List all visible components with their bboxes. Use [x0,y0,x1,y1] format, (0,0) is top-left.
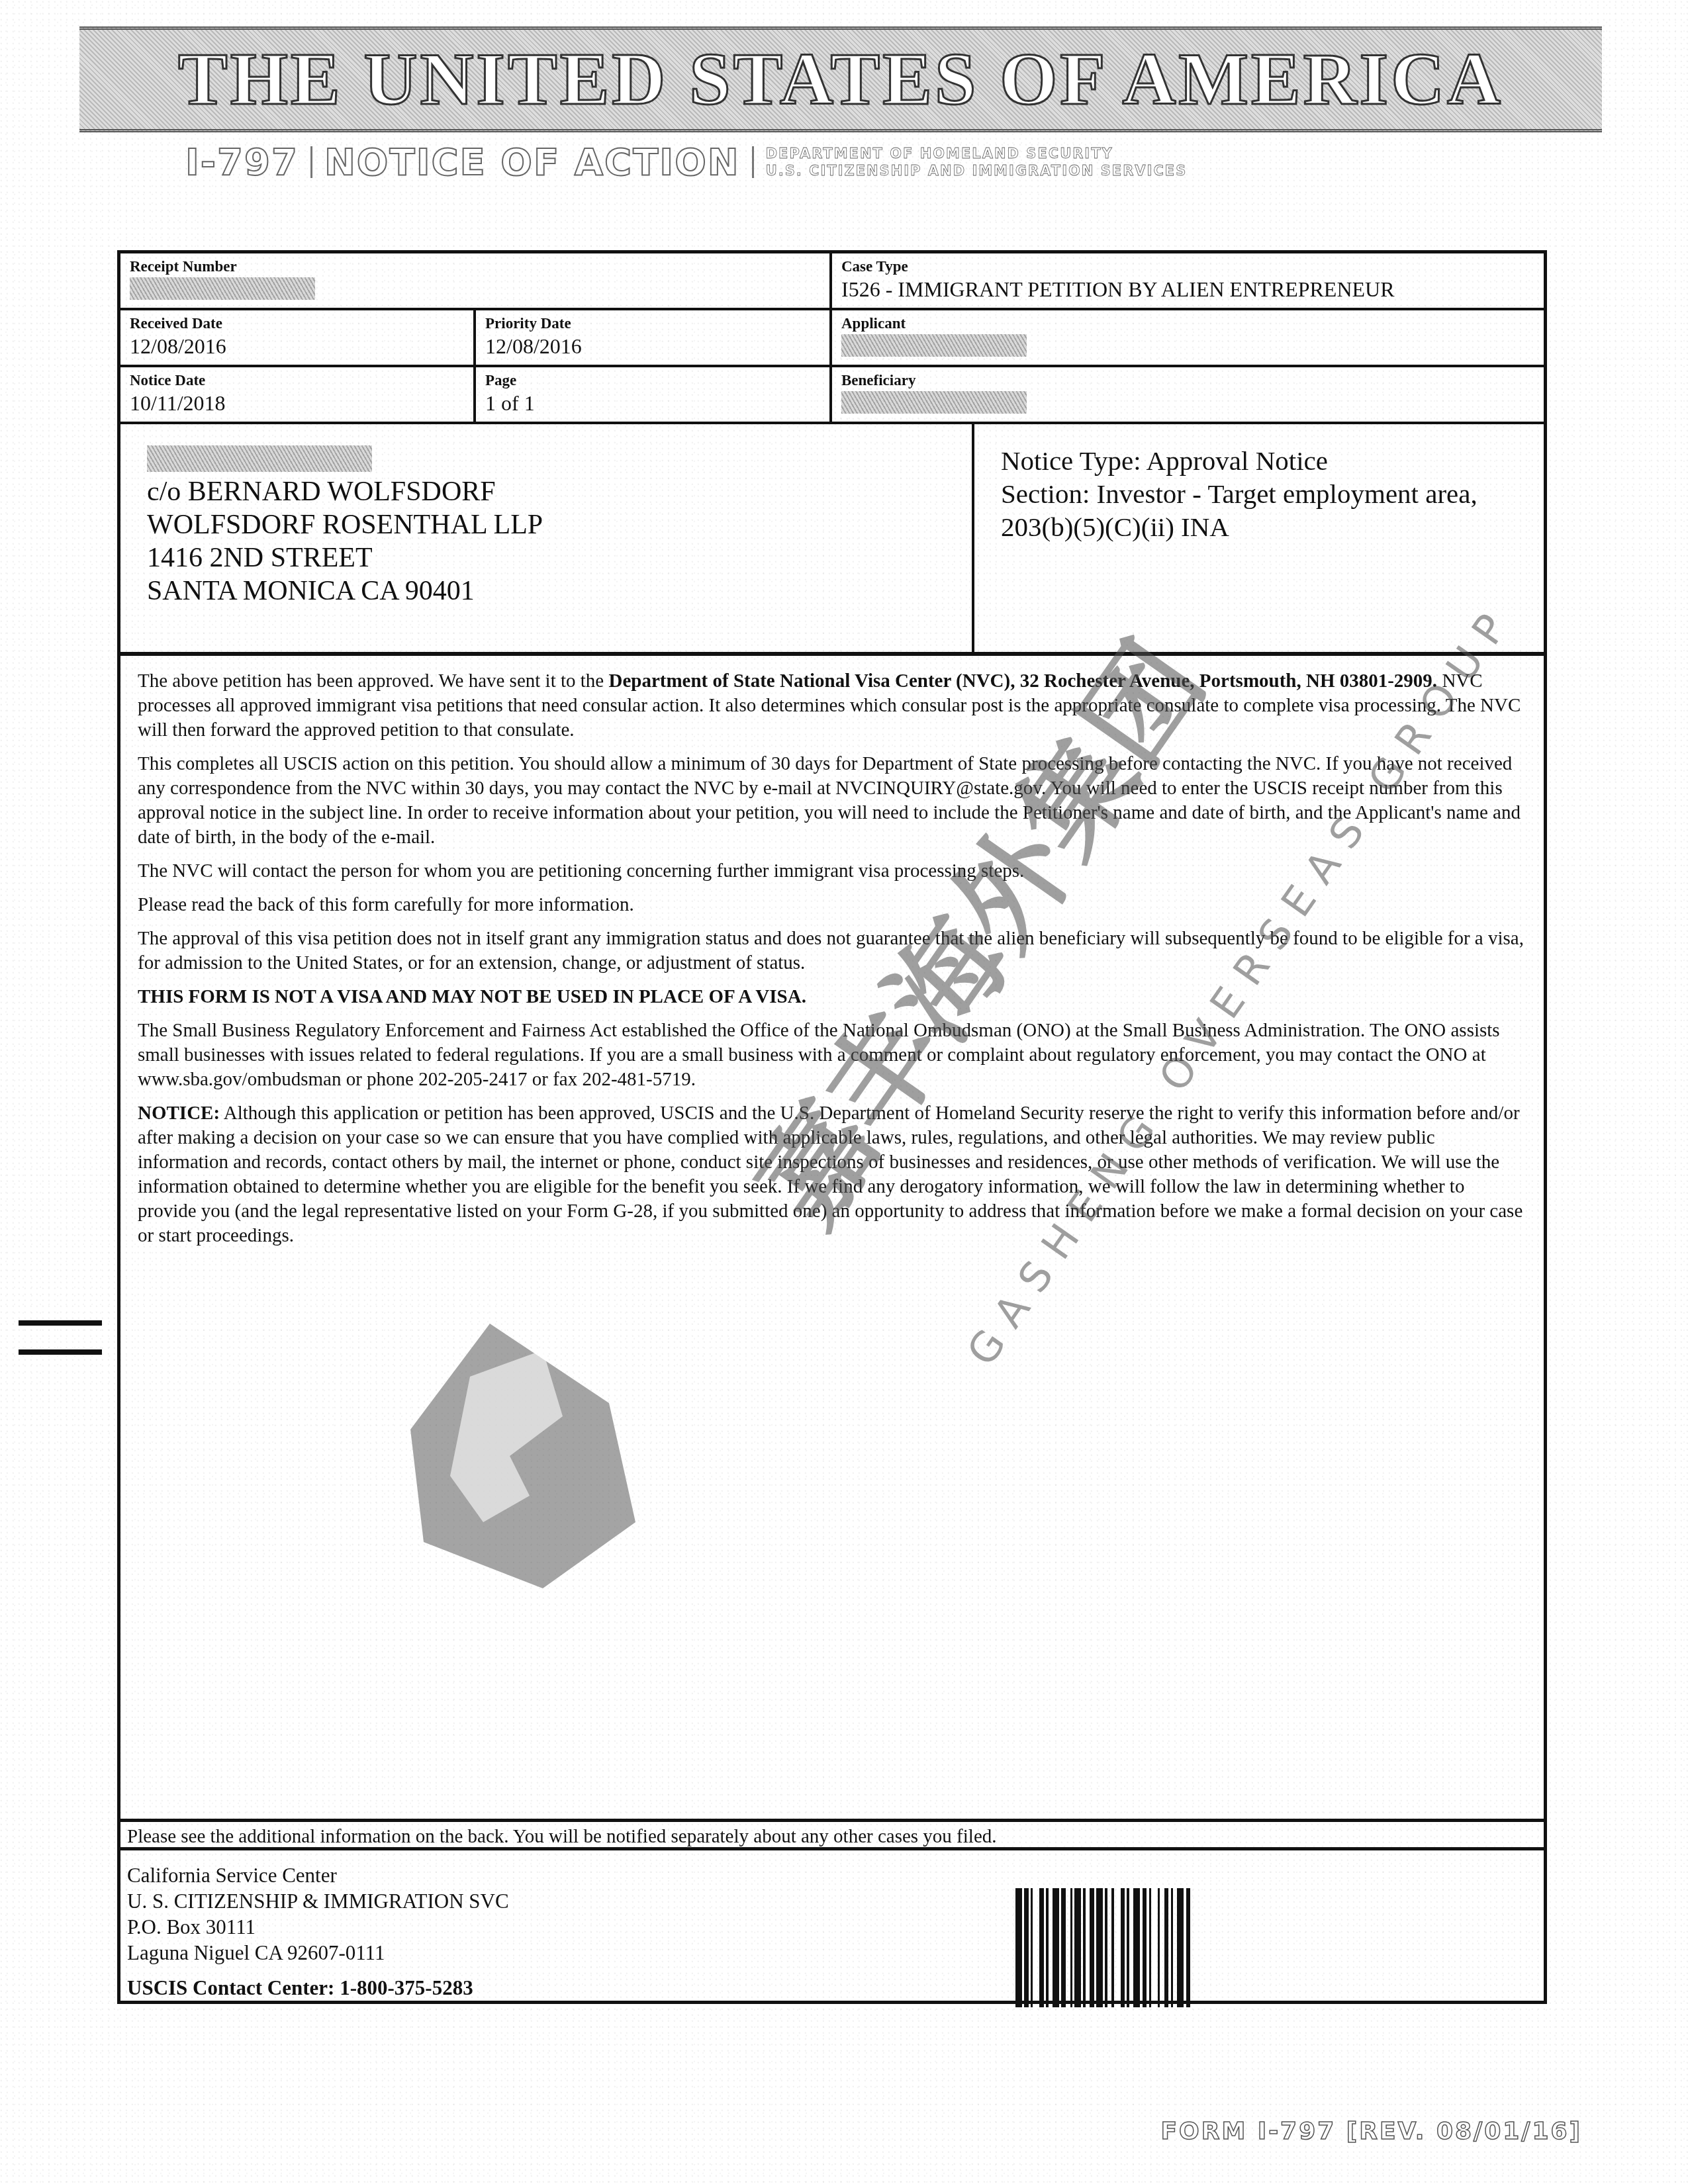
address-line: c/o BERNARD WOLFSDORF [147,475,945,508]
form-header: I-797 NOTICE OF ACTION DEPARTMENT OF HOM… [185,139,1187,185]
address-line: SANTA MONICA CA 90401 [147,574,945,608]
paragraph-ombudsman: The Small Business Regulatory Enforcemen… [138,1019,1528,1092]
agency-line-2: U.S. CITIZENSHIP AND IMMIGRATION SERVICE… [766,162,1188,179]
additional-info-note: Please see the additional information on… [120,1819,1545,1850]
notice-date-value: 10/11/2018 [130,390,464,416]
notice-body: The above petition has been approved. We… [120,656,1545,1271]
applicant-redacted [841,334,1027,357]
notice-type-box: Notice Type: Approval Notice Section: In… [974,424,1545,656]
page-value: 1 of 1 [485,390,820,416]
priority-date-value: 12/08/2016 [485,333,820,359]
case-type-cell: Case Type I526 - IMMIGRANT PETITION BY A… [832,253,1545,310]
receipt-number-cell: Receipt Number [120,253,832,310]
priority-date-label: Priority Date [485,314,820,333]
received-date-cell: Received Date 12/08/2016 [120,310,476,367]
office-line: California Service Center [127,1862,842,1888]
notice-date-cell: Notice Date 10/11/2018 [120,367,476,424]
divider [310,146,312,178]
form-name: NOTICE OF ACTION [324,141,740,184]
form-revision: FORM I-797 [REV. 08/01/16] [1160,2118,1582,2145]
beneficiary-redacted [841,391,1027,414]
paragraph-nvc: The above petition has been approved. We… [138,669,1528,743]
banner-title: THE UNITED STATES OF AMERICA [178,37,1503,122]
notice-type: Notice Type: Approval Notice [1001,444,1519,477]
paragraph-nvc-contact: The NVC will contact the person for whom… [138,859,1528,884]
mailing-address: c/o BERNARD WOLFSDORF WOLFSDORF ROSENTHA… [120,424,974,656]
agency: DEPARTMENT OF HOMELAND SECURITY U.S. CIT… [766,145,1188,179]
paragraph-not-a-visa: THIS FORM IS NOT A VISA AND MAY NOT BE U… [138,985,1528,1009]
office-line: U. S. CITIZENSHIP & IMMIGRATION SVC [127,1888,842,1914]
side-marks [19,1320,102,1379]
paragraph-uscis-action: This completes all USCIS action on this … [138,752,1528,850]
notice-section-code: 203(b)(5)(C)(ii) INA [1001,510,1519,543]
receipt-number-label: Receipt Number [130,257,820,276]
receipt-number-redacted [130,277,315,300]
office-line: P.O. Box 30111 [127,1914,842,1940]
applicant-cell: Applicant [832,310,1545,367]
case-type-label: Case Type [841,257,1536,276]
divider [752,146,754,178]
paragraph-notice: NOTICE: Although this application or pet… [138,1101,1528,1248]
received-date-value: 12/08/2016 [130,333,464,359]
paragraph-approval-disclaimer: The approval of this visa petition does … [138,927,1528,976]
beneficiary-label: Beneficiary [841,371,1536,390]
address-line: 1416 2ND STREET [147,541,945,574]
barcode [1015,1888,1193,2007]
office-line: Laguna Niguel CA 92607-0111 [127,1940,842,1966]
notice-form: Receipt Number Case Type I526 - IMMIGRAN… [117,250,1547,2004]
contact-center: USCIS Contact Center: 1-800-375-5283 [127,1975,842,2001]
page-cell: Page 1 of 1 [476,367,832,424]
form-code: I-797 [185,141,299,184]
applicant-label: Applicant [841,314,1536,333]
beneficiary-cell: Beneficiary [832,367,1545,424]
notice-date-label: Notice Date [130,371,464,390]
paragraph-read-back: Please read the back of this form carefu… [138,893,1528,917]
agency-line-1: DEPARTMENT OF HOMELAND SECURITY [766,145,1188,162]
notice-section: Section: Investor - Target employment ar… [1001,477,1519,510]
service-center-address: California Service Center U. S. CITIZENS… [120,1850,849,2013]
case-type-value: I526 - IMMIGRANT PETITION BY ALIEN ENTRE… [841,276,1536,302]
received-date-label: Received Date [130,314,464,333]
priority-date-cell: Priority Date 12/08/2016 [476,310,832,367]
banner: THE UNITED STATES OF AMERICA [79,26,1602,132]
recipient-name-redacted [147,445,372,472]
page-label: Page [485,371,820,390]
address-line: WOLFSDORF ROSENTHAL LLP [147,508,945,541]
